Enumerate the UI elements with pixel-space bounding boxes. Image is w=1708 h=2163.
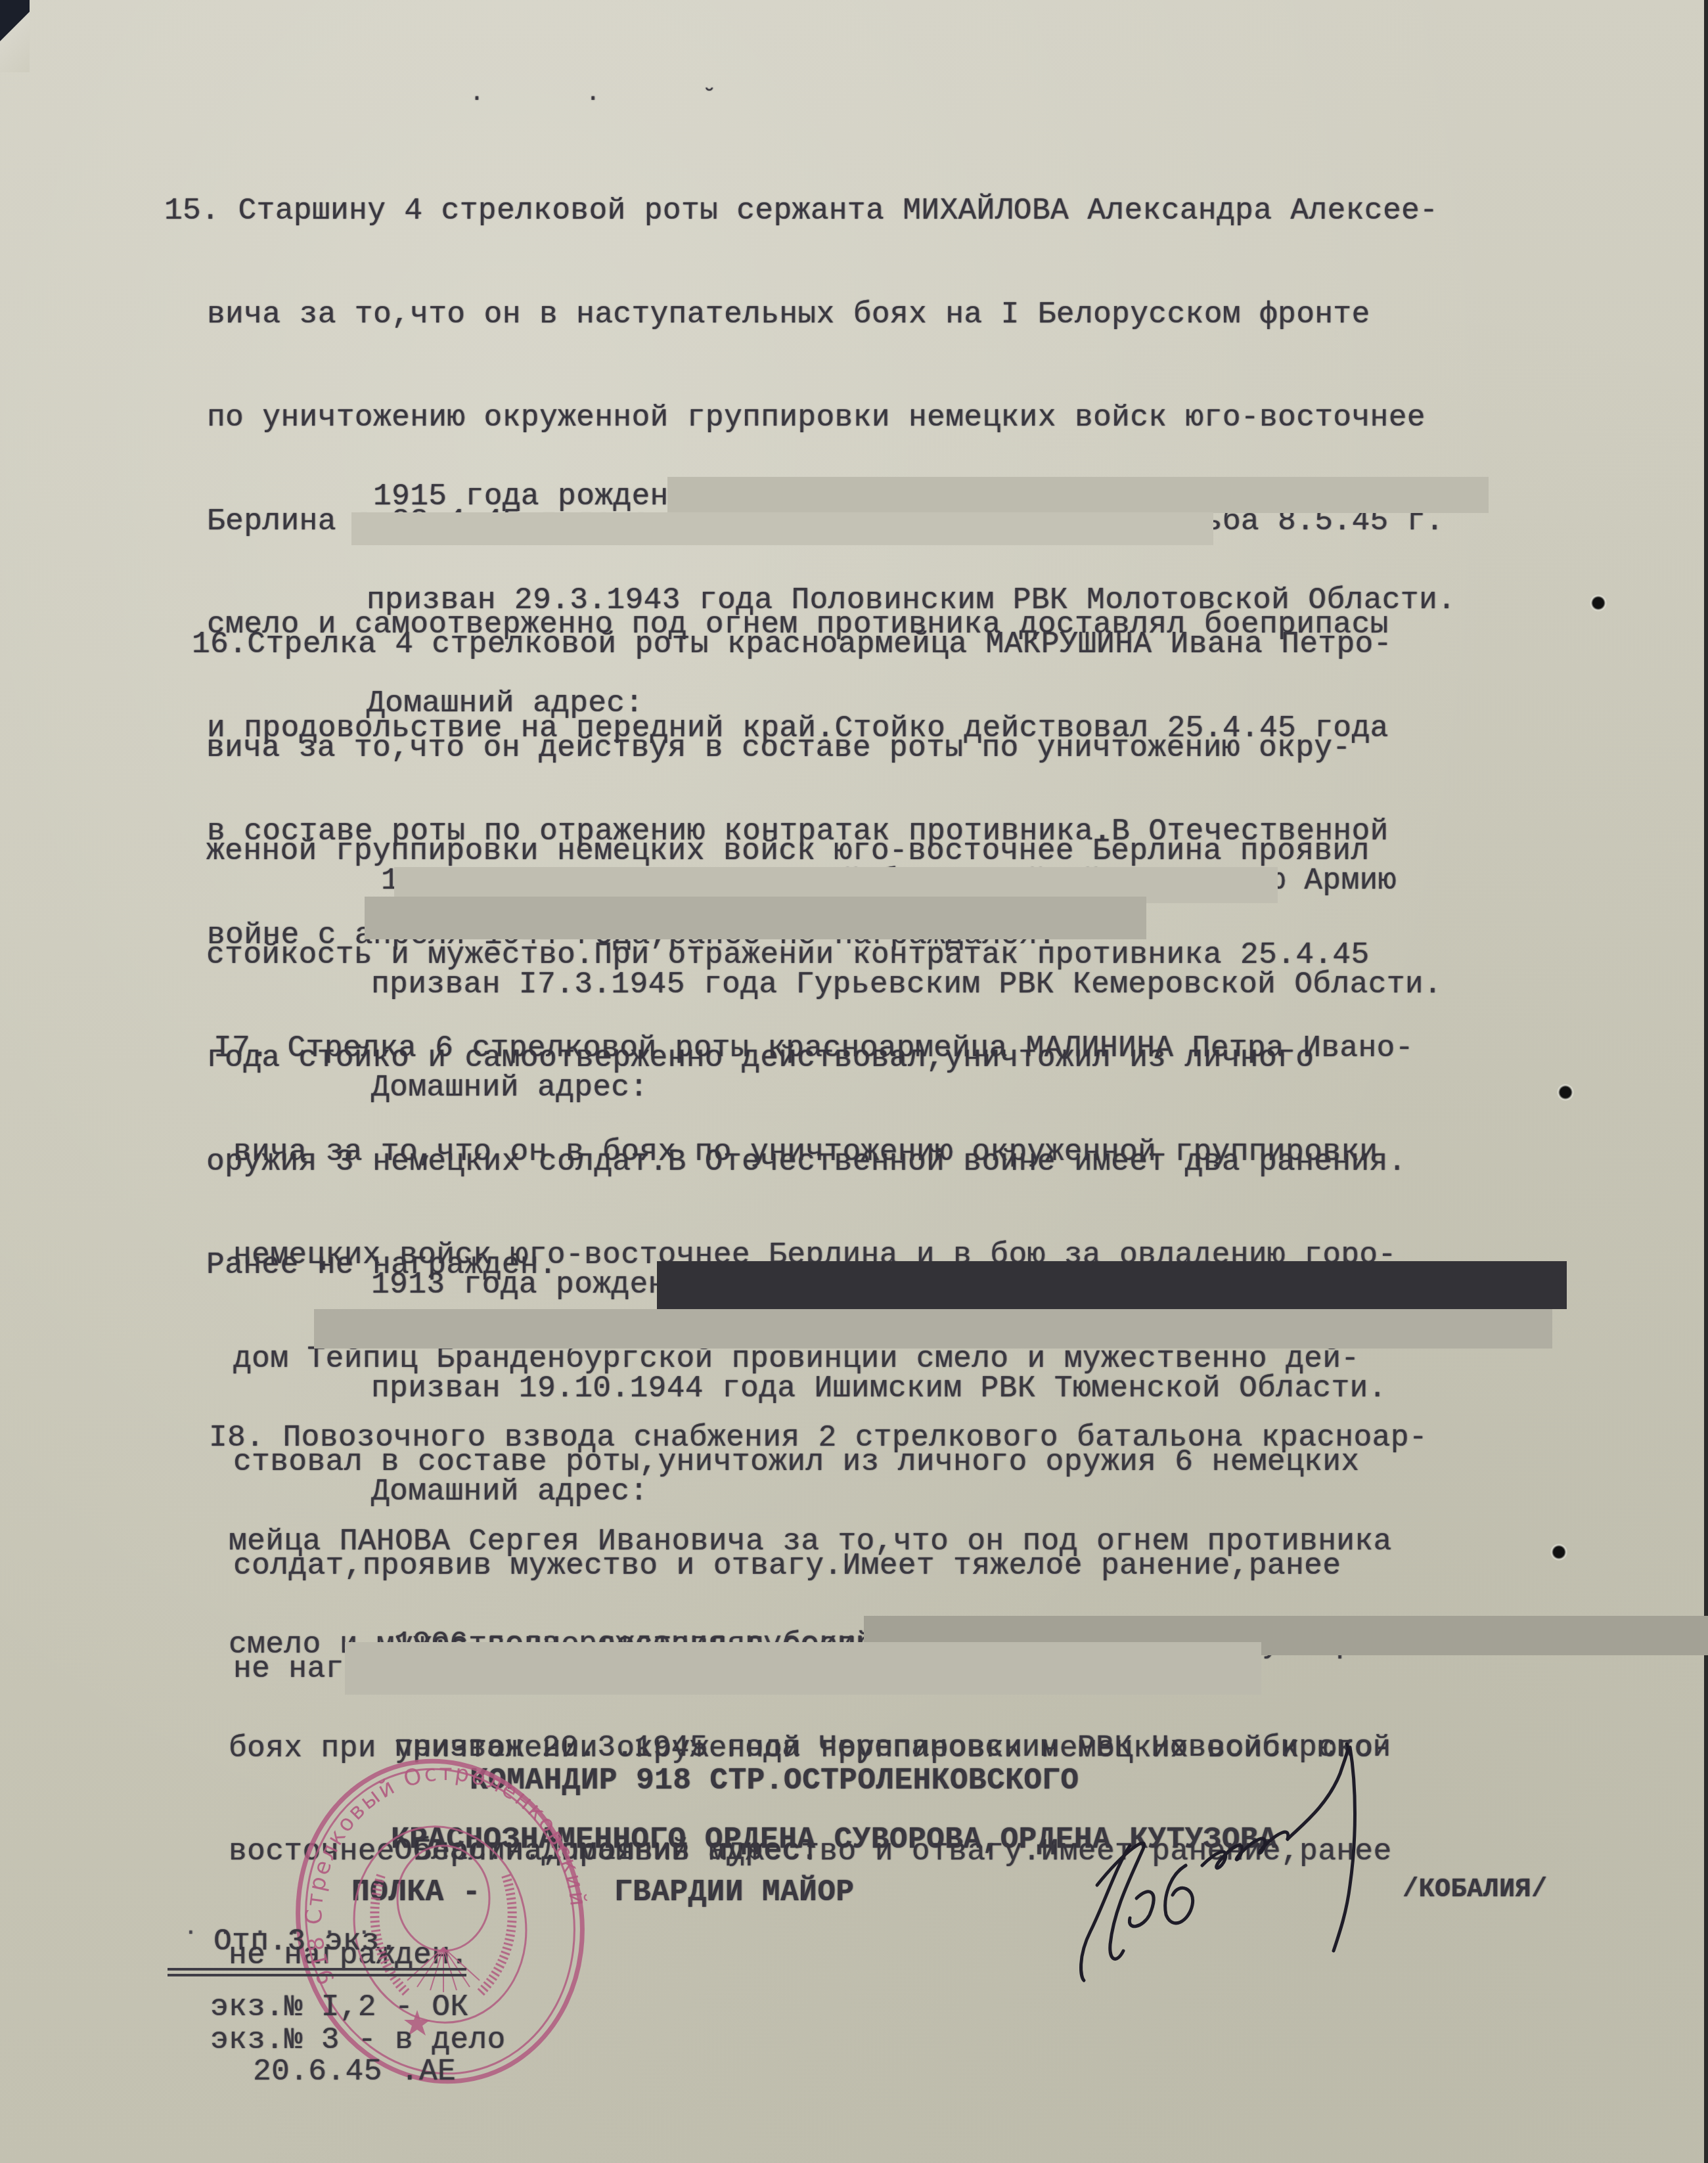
- footer-copies: Отп.3 экз.: [213, 1925, 398, 1959]
- redaction-block-dark: [657, 1261, 1567, 1309]
- redaction-block: [351, 512, 1213, 545]
- punch-hole: [1590, 594, 1607, 612]
- handwritten-signature-icon: [1051, 1734, 1419, 1984]
- footer-rule: [168, 1974, 466, 1976]
- folded-corner: [0, 0, 30, 72]
- footer-copy-3: экз.№ 3 - в дело: [210, 2023, 506, 2058]
- redaction-block: [667, 477, 1489, 513]
- redaction-block: [345, 1642, 1261, 1695]
- redaction-block: [314, 1309, 1552, 1349]
- footer-rule: [168, 1968, 466, 1971]
- punch-hole: [1550, 1544, 1567, 1561]
- punch-hole: [1557, 1084, 1574, 1101]
- entry-15-line-1: 15. Старшину 4 стрелковой роты сержанта …: [164, 194, 1444, 229]
- redaction-block: [365, 897, 1146, 939]
- footer-date: 20.6.45 .АЕ: [253, 2055, 456, 2089]
- top-marks: · · ˘: [470, 82, 717, 117]
- signature-name: /КОБАЛИЯ/: [1403, 1873, 1548, 1908]
- document-page: · · ˘ 15. Старшину 4 стрелковой роты сер…: [0, 0, 1708, 2163]
- page-edge: [1704, 0, 1708, 2163]
- signature-rank: ГВАРДИИ МАЙОР: [614, 1875, 854, 1910]
- footer-copy-1-2: экз.№ I,2 - ОК: [210, 1990, 468, 2025]
